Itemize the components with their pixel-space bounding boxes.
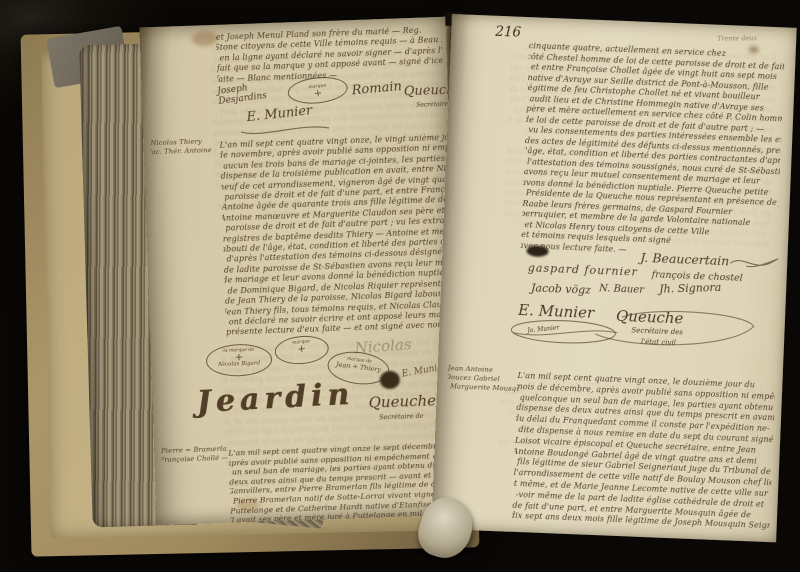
right-page: L'an mil sept cent quatre vingt onze, le… (431, 14, 796, 542)
signature-fournier: gaspard fournier (528, 261, 638, 278)
signature-jacob: Jacob vögz (531, 281, 591, 296)
signature-flourish (728, 255, 775, 273)
signature-title: Secrétaire (416, 101, 448, 109)
entry1-text: L'an mil sept cent quatre vingt onze, le… (219, 133, 454, 341)
continuation-text: cinquante quatre, actuellement en servic… (520, 41, 784, 263)
marque-name: Nicolas Bigard (207, 360, 271, 369)
margin-note-entry2: Pierre = Bramerlan —Françoise Chollé — (161, 445, 228, 469)
manuscript-line: Jac. Thér. Antoine — (150, 146, 215, 157)
signature-title: Secrétaire de (379, 412, 424, 422)
margin-note-entry1: Nicolas ThieryJac. Thér. Antoine — (150, 137, 215, 161)
folio-number: 216 (495, 24, 521, 41)
ink-blot (526, 245, 548, 257)
signature-title: l'état civil (641, 338, 676, 347)
manuscript-line: Françoise Chollé — (161, 454, 228, 465)
corner-note: Trente deux (717, 34, 757, 42)
manuscript-scan: cinquante quatre, actuellement en servic… (0, 0, 800, 572)
entry3-text: L'an mil sept cent quatre vingt onze, le… (512, 371, 776, 535)
manuscript-line: Marguerite Mousquin (450, 382, 519, 394)
left-page: cinquante quatre, actuellement en servic… (139, 17, 462, 525)
signature-signora: Jh. Signora (659, 281, 721, 296)
signature-beaucertain: J. Beaucertain (640, 250, 730, 269)
signature-queuche-bottom: Queuche (368, 391, 436, 411)
margin-note-entry3: Jean AntoineDoucez GabrielMarguerite Mou… (447, 364, 520, 399)
signature-bauer: N. Bauer (599, 283, 644, 296)
